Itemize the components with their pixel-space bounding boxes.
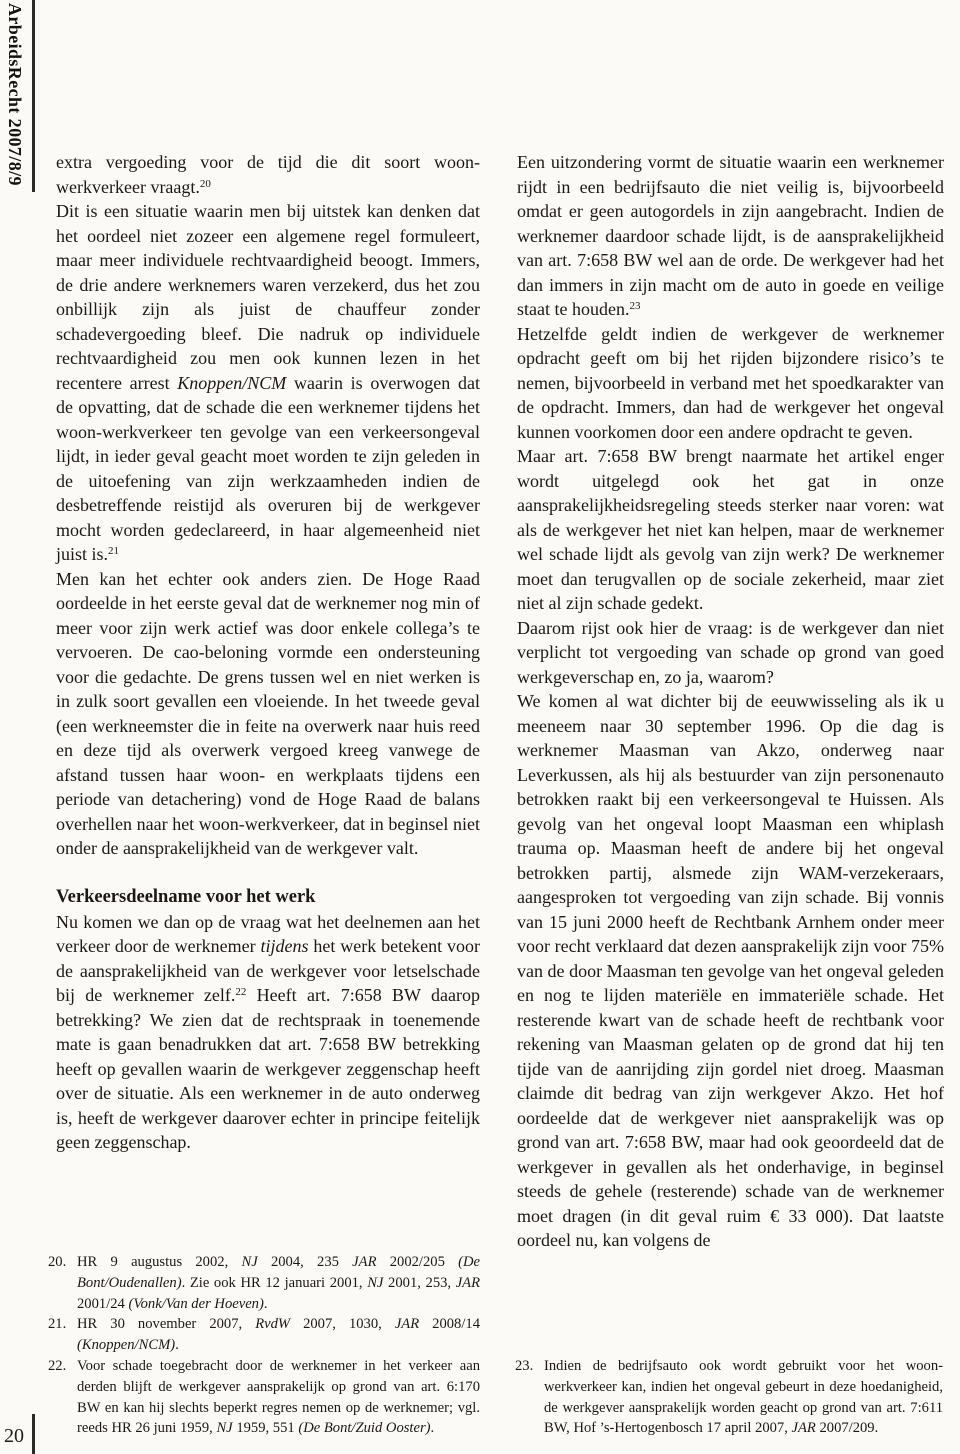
footnote-number: 21. (48, 1314, 77, 1356)
text-run: We komen al wat dichter bij de eeuwwisse… (517, 691, 944, 1250)
page-number: 20 (4, 1424, 24, 1448)
footnotes-left: 20. HR 9 augustus 2002, NJ 2004, 235 JAR… (48, 1252, 480, 1439)
section-heading: Verkeersdeelname voor het werk (56, 885, 480, 910)
text-run: 2007, 1030, (290, 1316, 395, 1332)
page-number-rule (32, 1414, 35, 1454)
text-run: HR 9 augustus 2002, (77, 1254, 241, 1270)
text-run: 1959, 551 (233, 1420, 299, 1436)
footnote-ref-22: 22 (235, 986, 246, 998)
paragraph-continuation: extra vergoeding voor de tijd die dit so… (56, 150, 480, 199)
journal-abbrev-italic: JAR (395, 1316, 419, 1332)
footnote-20: 20. HR 9 augustus 2002, NJ 2004, 235 JAR… (48, 1252, 480, 1314)
text-run: extra vergoeding voor de tijd die dit so… (56, 152, 480, 197)
paragraph: Een uitzondering vormt de situatie waari… (517, 150, 944, 322)
journal-abbrev-italic: NJ (216, 1420, 232, 1436)
text-run: 2007/209. (816, 1420, 878, 1436)
case-name-italic: (Vonk/Van der Hoeven) (128, 1296, 263, 1312)
journal-abbrev-italic: RvdW (255, 1316, 290, 1332)
journal-abbrev-italic: NJ (241, 1254, 257, 1270)
footnote-number: 22. (48, 1356, 77, 1439)
text-run: Een uitzondering vormt de situatie waari… (517, 152, 944, 319)
case-name-italic: (Knoppen/NCM) (77, 1337, 175, 1353)
text-run: Dit is een situatie waarin men bij uitst… (56, 201, 480, 393)
journal-abbrev-italic: NJ (367, 1275, 383, 1291)
text-run: . (431, 1420, 435, 1436)
text-run: Hetzelfde geldt indien de werkgever de w… (517, 324, 944, 442)
footnote-ref-20: 20 (200, 178, 211, 190)
footnote-text: HR 30 november 2007, RvdW 2007, 1030, JA… (77, 1314, 480, 1356)
text-run: 2008/14 (419, 1316, 480, 1332)
right-column: Een uitzondering vormt de situatie waari… (517, 150, 944, 1253)
footnote-text: Indien de bedrijfsauto ook wordt gebruik… (544, 1356, 943, 1439)
footnote-23: 23. Indien de bedrijfsauto ook wordt geb… (515, 1356, 943, 1439)
footnote-text: HR 9 augustus 2002, NJ 2004, 235 JAR 200… (77, 1252, 480, 1314)
footnote-21: 21. HR 30 november 2007, RvdW 2007, 1030… (48, 1314, 480, 1356)
text-run: Men kan het echter ook anders zien. De H… (56, 569, 480, 859)
text-run: Daarom rijst ook hier de vraag: is de we… (517, 618, 944, 687)
sidebar-rule (32, 0, 35, 192)
footnote-number: 23. (515, 1356, 544, 1439)
text-run: waarin is overwogen dat de opvatting, da… (56, 373, 480, 565)
text-run: 2002/205 (376, 1254, 458, 1270)
paragraph: Daarom rijst ook hier de vraag: is de we… (517, 616, 944, 690)
left-column: extra vergoeding voor de tijd die dit so… (56, 150, 480, 1155)
footnote-ref-23: 23 (629, 300, 640, 312)
case-name-italic: (De Bont/Zuid Ooster) (298, 1420, 430, 1436)
case-name-italic: Knoppen/NCM (177, 373, 286, 393)
footnote-text: Voor schade toegebracht door de werkneme… (77, 1356, 480, 1439)
paragraph: We komen al wat dichter bij de eeuwwisse… (517, 689, 944, 1253)
emphasis-italic: tijdens (260, 936, 308, 956)
paragraph: Hetzelfde geldt indien de werkgever de w… (517, 322, 944, 445)
text-run: . (175, 1337, 179, 1353)
text-run: 2004, 235 (258, 1254, 352, 1270)
text-run: 2001, 253, (383, 1275, 455, 1291)
footnote-22: 22. Voor schade toegebracht door de werk… (48, 1356, 480, 1439)
journal-abbrev-italic: JAR (792, 1420, 816, 1436)
text-run: . Zie ook HR 12 januari 2001, (182, 1275, 368, 1291)
paragraph: Men kan het echter ook anders zien. De H… (56, 567, 480, 861)
journal-abbrev-italic: JAR (352, 1254, 376, 1270)
paragraph: Nu komen we dan op de vraag wat het deel… (56, 910, 480, 1155)
text-run: Indien de bedrijfsauto ook wordt gebruik… (544, 1358, 943, 1436)
footnote-number: 20. (48, 1252, 77, 1314)
text-run: . (264, 1296, 268, 1312)
text-run: 2001/24 (77, 1296, 128, 1312)
journal-abbrev-italic: JAR (456, 1275, 480, 1291)
footnotes-right: 23. Indien de bedrijfsauto ook wordt geb… (515, 1356, 943, 1439)
paragraph: Maar art. 7:658 BW brengt naarmate het a… (517, 444, 944, 616)
footnote-ref-21: 21 (108, 545, 119, 557)
journal-edition-label: ArbeidsRecht 2007/8/9 (1, 3, 29, 186)
text-run: Maar art. 7:658 BW brengt naarmate het a… (517, 446, 944, 613)
journal-page: ArbeidsRecht 2007/8/9 extra vergoeding v… (0, 0, 960, 1454)
text-run: Heeft art. 7:658 BW daarop betrekking? W… (56, 985, 480, 1152)
paragraph: Dit is een situatie waarin men bij uitst… (56, 199, 480, 567)
text-run: HR 30 november 2007, (77, 1316, 255, 1332)
